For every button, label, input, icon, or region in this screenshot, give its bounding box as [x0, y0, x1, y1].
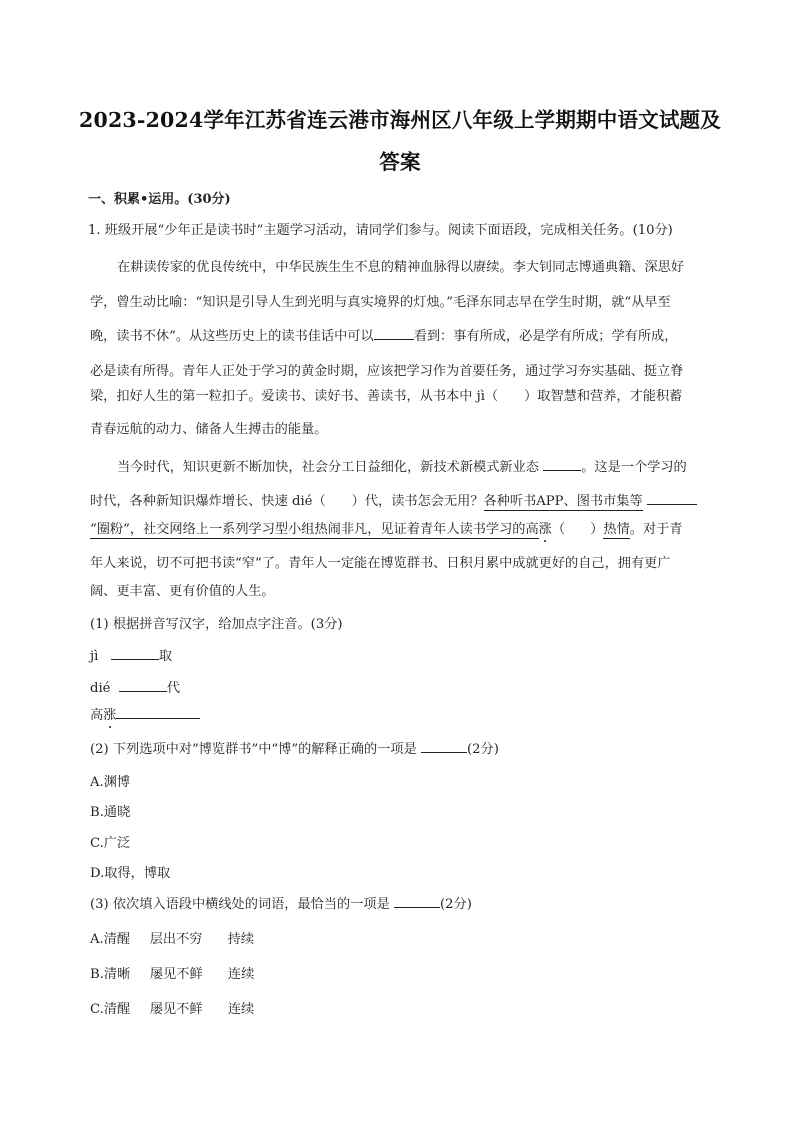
sub3-option-b: B.清晰屡见不鲜连续 — [90, 963, 254, 982]
option-word-3: 连续 — [228, 963, 254, 982]
sub1-item-zhang-dotted: 涨 — [103, 708, 116, 723]
sub3-score: (2分) — [440, 897, 472, 912]
sub2-option-b: B.通晓 — [90, 801, 130, 820]
sub1-item-ji-label: jì — [90, 649, 98, 664]
option-word-1: 清晰 — [104, 963, 150, 982]
option-letter: C. — [90, 1002, 104, 1017]
sub3-option-c: C.清醒屡见不鲜连续 — [90, 998, 254, 1017]
dotted-character-zhang: 涨 — [539, 522, 552, 537]
sub2-answer-blank[interactable] — [421, 751, 467, 753]
sub1-item-die-label: dié — [90, 681, 110, 696]
paragraph1-line4: 必是读有所得。青年人正处于学习的黄金时期，应该把学习作为首要任务，通过学习夯实基… — [90, 360, 683, 379]
fill-blank-1[interactable] — [374, 338, 414, 340]
sub1-answer-blank-die[interactable] — [119, 690, 167, 692]
sub1-item-zhang: 高涨 — [90, 704, 200, 723]
sub1-item-ji: jì 取 — [90, 645, 172, 664]
paragraph1-line5-after: ）取智慧和营养，才能积蓄 — [524, 389, 682, 404]
paragraph1-line2: 学，曾生动比喻：“知识是引导人生到光明与真实境界的灯烛。”毛泽东同志早在学生时期… — [90, 291, 671, 310]
sub2-score: (2分) — [467, 742, 499, 757]
paragraph1-line5: 梁，扣好人生的第一粒扣子。爱读书、读好书、善读书，从书本中 jì（）取智慧和营养… — [90, 385, 682, 404]
sub3-option-a: A.清醒层出不穷持续 — [90, 928, 254, 947]
sub3-answer-blank[interactable] — [394, 906, 440, 908]
fill-blank-3[interactable] — [647, 503, 697, 505]
exam-page: 2023-2024学年江苏省连云港市海州区八年级上学期期中语文试题及 答案 一、… — [0, 0, 793, 1122]
zhang-pinyin-paren: （ ） — [552, 522, 604, 537]
sub2-option-c: C.广泛 — [90, 832, 130, 851]
paragraph2-line1-before: 当今时代，知识更新不断加快，社会分工日益细化，新技术新模式新业态 — [117, 460, 539, 475]
sub1-item-die: dié 代 — [90, 677, 180, 696]
paragraph2-line5: 阔、更丰富、更有价值的人生。 — [90, 580, 275, 599]
option-word-2: 屡见不鲜 — [150, 963, 228, 982]
underlined-word-reqing: 热情 — [603, 522, 629, 539]
paragraph2-line1: 当今时代，知识更新不断加快，社会分工日益细化，新技术新模式新业态 。这是一个学习… — [117, 456, 687, 475]
option-word-2: 屡见不鲜 — [150, 998, 228, 1017]
document-title-line1: 2023-2024学年江苏省连云港市海州区八年级上学期期中语文试题及 — [60, 103, 740, 133]
question-1-prompt: 1. 班级开展“少年正是读书时”主题学习活动，请同学们参与。阅读下面语段，完成相… — [88, 219, 673, 238]
sub1-answer-blank-zhang[interactable] — [116, 717, 200, 719]
fill-blank-2[interactable] — [543, 469, 581, 471]
paragraph2-line3-after: 。对于青 — [630, 522, 683, 537]
paragraph1-line1: 在耕读传家的优良传统中，中华民族生生不息的精神血脉得以赓续。李大钊同志博通典籍、… — [117, 256, 684, 275]
sub1-item-ji-suffix: 取 — [159, 649, 172, 664]
option-letter: A. — [90, 932, 104, 947]
paragraph1-line5-before: 梁，扣好人生的第一粒扣子。爱读书、读好书、善读书，从书本中 jì（ — [90, 389, 498, 404]
paragraph2-line1-after: 。这是一个学习的 — [581, 460, 687, 475]
sub3-prompt-text: (3) 依次填入语段中横线处的词语，最恰当的一项是 — [90, 897, 390, 912]
paragraph1-line6: 青春远航的动力、储备人生搏击的能量。 — [90, 418, 327, 437]
section-heading: 一、积累•运用。(30分) — [88, 188, 231, 207]
sub1-item-zhang-label: 高 — [90, 708, 103, 723]
paragraph1-line3-before: 晚，读书不休”。从这些历史上的读书佳话中可以 — [90, 329, 374, 344]
paragraph2-line2: 时代，各种新知识爆炸增长、快速 dié（）代，读书怎会无用？各种听书APP、图书… — [90, 490, 697, 509]
sub2-option-a: A.渊博 — [90, 771, 130, 790]
paragraph2-line2-mid: ）代，读书怎会无用？ — [352, 494, 484, 509]
underlined-sentence-part2: “圈粉”，社交网络上一系列学习型小组热闹非凡，见证着青年人读书学习的高 — [90, 522, 539, 539]
paragraph2-line3: “圈粉”，社交网络上一系列学习型小组热闹非凡，见证着青年人读书学习的高涨（ ）热… — [90, 518, 683, 537]
option-word-3: 持续 — [228, 928, 254, 947]
option-letter: B. — [90, 967, 104, 982]
paragraph1-line3-after: 看到：事有所成，必是学有所成；学有所成， — [414, 329, 678, 344]
option-word-3: 连续 — [228, 998, 254, 1017]
paragraph2-line4: 年人来说，切不可把书读“窄”了。青年人一定能在博览群书、日积月累中成就更好的自己… — [90, 552, 671, 571]
paragraph1-line3: 晚，读书不休”。从这些历史上的读书佳话中可以看到：事有所成，必是学有所成；学有所… — [90, 325, 677, 344]
paragraph2-line2-before: 时代，各种新知识爆炸增长、快速 dié（ — [90, 494, 326, 509]
subquestion-2-prompt: (2) 下列选项中对“博览群书”中“博”的解释正确的一项是 (2分) — [90, 738, 499, 757]
sub2-option-d: D.取得，博取 — [90, 862, 170, 881]
subquestion-1-prompt: (1) 根据拼音写汉字，给加点字注音。(3分) — [90, 613, 343, 632]
option-word-1: 清醒 — [104, 998, 150, 1017]
sub1-item-die-suffix: 代 — [167, 681, 180, 696]
option-word-1: 清醒 — [104, 928, 150, 947]
document-title-line2: 答案 — [60, 145, 740, 175]
sub2-prompt-text: (2) 下列选项中对“博览群书”中“博”的解释正确的一项是 — [90, 742, 417, 757]
option-word-2: 层出不穷 — [150, 928, 228, 947]
sub1-answer-blank-ji[interactable] — [111, 658, 159, 660]
underlined-sentence-part1: 各种听书APP、图书市集等 — [484, 494, 643, 511]
subquestion-3-prompt: (3) 依次填入语段中横线处的词语，最恰当的一项是 (2分) — [90, 893, 472, 912]
